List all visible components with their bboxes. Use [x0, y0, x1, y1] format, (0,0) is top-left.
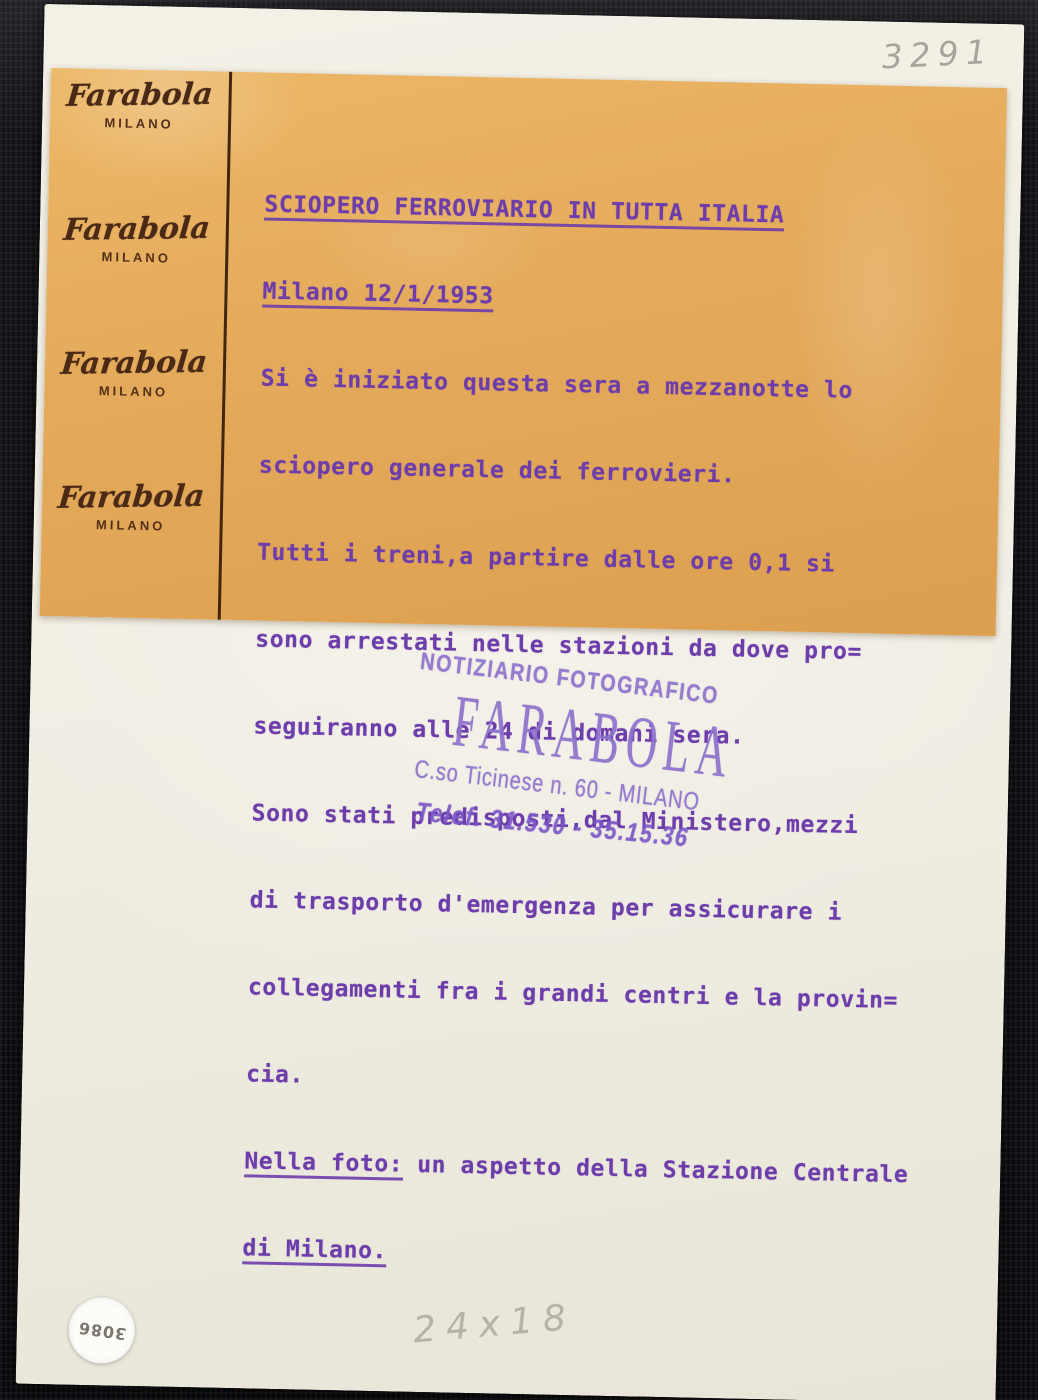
caption-line: sciopero generale dei ferrovieri. — [259, 451, 983, 495]
caption-photo-note-line2: di Milano. — [242, 1234, 966, 1278]
farabola-logo-script: Farabola — [43, 345, 224, 383]
farabola-logo-script: Farabola — [49, 77, 230, 115]
agency-logo: Farabola MILANO — [42, 478, 221, 535]
caption-line: sono arrestati nelle stazioni da dove pr… — [255, 625, 979, 669]
agency-logo: Farabola MILANO — [44, 344, 223, 401]
caption-line: Tutti i treni,a partire dalle ore 0,1 si — [257, 538, 981, 582]
caption-line: di trasporto d'emergenza per assicurare … — [250, 886, 974, 930]
agency-logo-column: Farabola MILANO Farabola MILANO Farabola… — [40, 68, 229, 620]
caption-title: SCIOPERO FERROVIARIO IN TUTTA ITALIA — [264, 191, 988, 235]
caption-dateline: Milano 12/1/1953 — [262, 278, 986, 322]
caption-photo-note: Nella foto:un aspetto della Stazione Cen… — [244, 1147, 968, 1191]
sticker-number: 3086 — [76, 1318, 127, 1344]
photo-back-paper: 3291 Farabola MILANO Farabola MILANO Far… — [16, 4, 1025, 1400]
farabola-logo-script: Farabola — [41, 479, 222, 517]
farabola-logo-city: MILANO — [42, 516, 220, 535]
inventory-sticker: 3086 — [68, 1297, 135, 1364]
caption-line: Si è iniziato questa sera a mezzanotte l… — [260, 365, 984, 409]
farabola-logo-city: MILANO — [47, 248, 225, 267]
archive-number-handwritten: 3291 — [881, 32, 995, 76]
farabola-logo-city: MILANO — [44, 382, 222, 401]
caption-label: Farabola MILANO Farabola MILANO Farabola… — [40, 68, 1007, 636]
agency-logo: Farabola MILANO — [47, 210, 226, 267]
caption-line: collegamenti fra i grandi centri e la pr… — [248, 973, 972, 1017]
farabola-logo-city: MILANO — [50, 114, 228, 133]
agency-logo: Farabola MILANO — [50, 76, 229, 133]
caption-line: cia. — [246, 1060, 970, 1104]
farabola-logo-script: Farabola — [46, 211, 227, 249]
